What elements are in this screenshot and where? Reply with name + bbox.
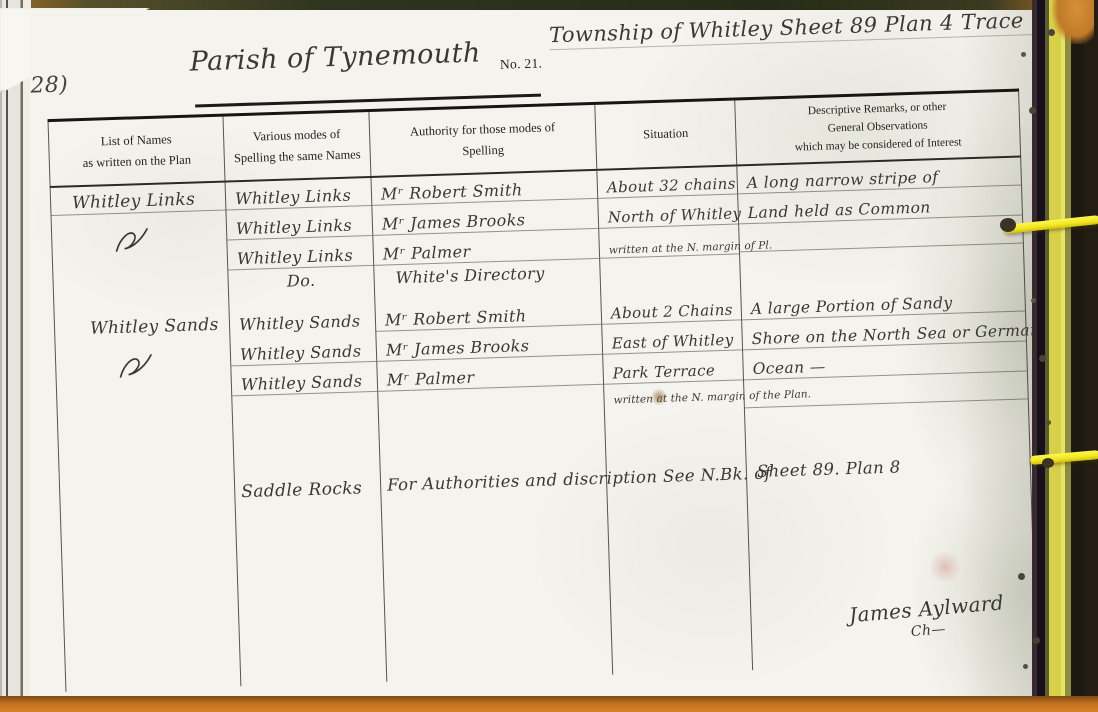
remark-entry: Land held as Common (747, 198, 930, 222)
cell-situation: About 2 Chains East of Whitley Park Terr… (601, 292, 745, 418)
situation-entry: Park Terrace (612, 361, 715, 382)
binding-holes (0, 0, 5, 5)
page-stain (928, 552, 962, 582)
authority-entry: Mʳ James Brooks (386, 336, 530, 359)
cell-remarks: A long narrow stripe of Land held as Com… (737, 158, 1025, 293)
situation-entry: About 32 chains (607, 175, 736, 197)
header-line: which may be considered of Interest (794, 134, 961, 157)
cell-spellings: Whitley Links Whitley Links Whitley Link… (226, 178, 376, 309)
authority-entry: Mʳ James Brooks (382, 210, 526, 233)
survey-name-table: List of Names as written on the Plan Var… (47, 89, 1032, 692)
remark-entry: A large Portion of Sandy (751, 294, 953, 318)
book-gutter (1032, 0, 1098, 712)
column-header-names: List of Names as written on the Plan (48, 117, 226, 186)
authority-entry: Mʳ Robert Smith (381, 180, 523, 203)
spelling-entry: Whitley Links (236, 216, 353, 239)
remark-entry: A long narrow stripe of (747, 168, 939, 192)
header-line: Authority for those modes of (410, 117, 556, 143)
gutter-orange-stain (1052, 0, 1094, 44)
spelling-entry: Whitley Links (237, 246, 354, 269)
header-line: List of Names (100, 129, 171, 152)
document-page: 28) Parish of Tynemouth No. 21. Township… (30, 10, 1032, 697)
page-stain (652, 388, 666, 406)
check-flourish-icon (109, 221, 218, 256)
cell-authorities: For Authorities and discription See N.Bk… (381, 463, 608, 514)
header-line: Spelling the same Names (234, 144, 361, 169)
cell-name (59, 474, 236, 524)
cell-authorities: Mʳ Robert Smith Mʳ James Brooks Mʳ Palme… (371, 171, 601, 304)
situation-entry: North of Whitley (608, 204, 742, 226)
cell-name: Whitley Sands (54, 308, 234, 435)
header-line: Various modes of (253, 124, 341, 148)
cell-authorities: Mʳ Robert Smith Mʳ James Brooks Mʳ Palme… (375, 297, 605, 426)
saddle-name: Saddle Rocks (241, 478, 362, 502)
table-row-filler: James Aylward Ch— (60, 493, 1032, 691)
column-header-situation: Situation (595, 100, 737, 168)
plan-name: Whitley Links (72, 189, 196, 213)
form-number: No. 21. (500, 56, 543, 73)
page-content: 28) Parish of Tynemouth No. 21. Township… (30, 10, 1032, 697)
spelling-entry: Whitley Sands (240, 341, 362, 364)
authority-entry: Mʳ Palmer (387, 368, 475, 390)
remark-entry: Ocean — (752, 358, 826, 378)
column-header-remarks: Descriptive Remarks, or other General Ob… (735, 92, 1021, 165)
header-line: Spelling (462, 140, 504, 163)
spelling-entry: Whitley Sands (241, 371, 363, 394)
cell-situation: About 32 chains North of Whitley written… (597, 166, 741, 296)
cell-spellings: Whitley Sands Whitley Sands Whitley Sand… (230, 304, 380, 431)
spelling-entry: Whitley Links (235, 186, 352, 209)
header-line: as written on the Plan (82, 150, 191, 175)
page-number: 28) (30, 72, 69, 98)
authority-entry: White's Directory (395, 264, 545, 288)
binding-cord-knot (1000, 218, 1016, 232)
plan-name: Whitley Sands (90, 315, 219, 339)
check-flourish-icon (113, 347, 222, 382)
cell-remarks: James Aylward Ch— (748, 493, 1032, 670)
cell-spellings: Saddle Rocks (235, 470, 382, 519)
authority-entry: Mʳ Palmer (383, 242, 471, 264)
situation-entry: East of Whitley (612, 331, 734, 353)
saddle-sheet: Sheet 89. Plan 8 (757, 457, 901, 481)
authority-entry: Mʳ Robert Smith (385, 306, 527, 329)
cell-name: Whitley Links (50, 183, 230, 314)
spelling-entry: Whitley Sands (239, 311, 361, 334)
document-scan: 28) Parish of Tynemouth No. 21. Township… (0, 0, 1098, 712)
ditto-entry: Do. (287, 271, 316, 291)
column-header-spelling: Various modes of Spelling the same Names (223, 112, 371, 181)
book-edge-left (0, 0, 31, 712)
parish-title: Parish of Tynemouth (189, 37, 481, 77)
book-edge-bottom (0, 696, 1098, 712)
examiner-signature: James Aylward Ch— (848, 590, 1006, 645)
cell-remarks: A large Portion of Sandy Shore on the No… (741, 283, 1029, 414)
township-title: Township of Whitley Sheet 89 Plan 4 Trac… (549, 10, 1032, 50)
situation-entry: About 2 Chains (611, 301, 734, 323)
column-header-authority: Authority for those modes of Spelling (369, 105, 597, 176)
header-line: Situation (643, 123, 689, 146)
